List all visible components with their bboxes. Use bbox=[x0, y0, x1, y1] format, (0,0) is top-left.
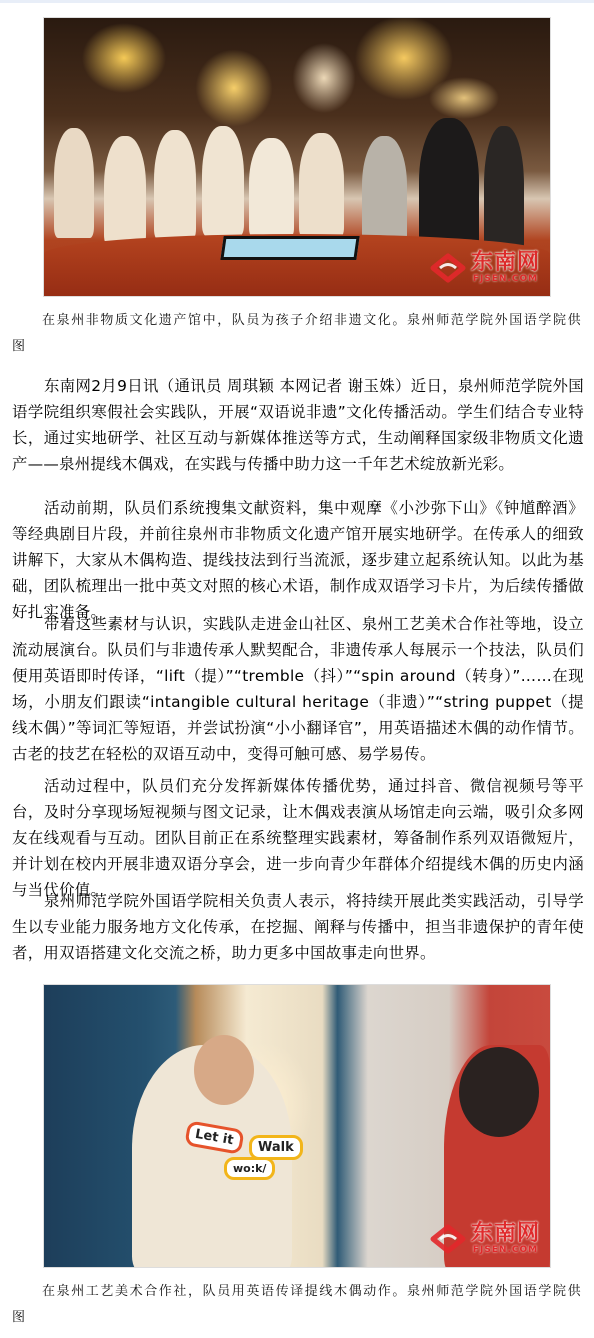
word-card: wo:k/ bbox=[224, 1157, 275, 1180]
watermark-en: FJSEN.COM bbox=[473, 1246, 538, 1255]
photo-figure-head bbox=[459, 1047, 539, 1137]
watermark: 东南网 FJSEN.COM bbox=[429, 252, 540, 284]
photo-figure bbox=[484, 126, 524, 256]
article-photo-workshop: Let it Walk wo:k/ 东南网 FJSEN.COM bbox=[44, 985, 550, 1267]
watermark-cn: 东南网 bbox=[471, 252, 540, 274]
photo-figure bbox=[154, 130, 196, 240]
photo-figure bbox=[202, 126, 244, 236]
photo-figure bbox=[249, 138, 294, 238]
top-band bbox=[0, 0, 594, 3]
article-paragraph: 活动过程中，队员们充分发挥新媒体传播优势，通过抖音、微信视频号等平台，及时分享现… bbox=[12, 773, 584, 903]
photo-caption: 在泉州工艺美术合作社，队员用英语传译提线木偶动作。泉州师范学院外国语学院供图 bbox=[12, 1279, 584, 1331]
photo-touchscreen bbox=[220, 236, 359, 260]
photo-figure bbox=[104, 136, 146, 246]
fjsen-logo-icon bbox=[429, 253, 467, 283]
watermark-cn: 东南网 bbox=[471, 1223, 540, 1245]
photo-figure-face bbox=[194, 1035, 254, 1105]
article-paragraph: 带着这些素材与认识，实践队走进金山社区、泉州工艺美术合作社等地，设立流动展演台。… bbox=[12, 611, 584, 767]
photo-figure bbox=[362, 136, 407, 246]
article-paragraph: 泉州师范学院外国语学院相关负责人表示，将持续开展此类实践活动，引导学生以专业能力… bbox=[12, 888, 584, 966]
fjsen-logo-icon bbox=[429, 1224, 467, 1254]
photo-figure bbox=[299, 133, 344, 238]
article-paragraph: 活动前期，队员们系统搜集文献资料，集中观摩《小沙弥下山》《钟馗醉酒》等经典剧目片… bbox=[12, 495, 584, 625]
article-paragraph: 东南网2月9日讯（通讯员 周琪颖 本网记者 谢玉姝）近日，泉州师范学院外国语学院… bbox=[12, 373, 584, 477]
watermark-en: FJSEN.COM bbox=[473, 275, 538, 284]
watermark: 东南网 FJSEN.COM bbox=[429, 1223, 540, 1255]
photo-figure bbox=[54, 128, 94, 238]
article-photo-museum: 东南网 FJSEN.COM bbox=[44, 18, 550, 296]
photo-caption: 在泉州非物质文化遗产馆中，队员为孩子介绍非遗文化。泉州师范学院外国语学院供图 bbox=[12, 308, 584, 360]
